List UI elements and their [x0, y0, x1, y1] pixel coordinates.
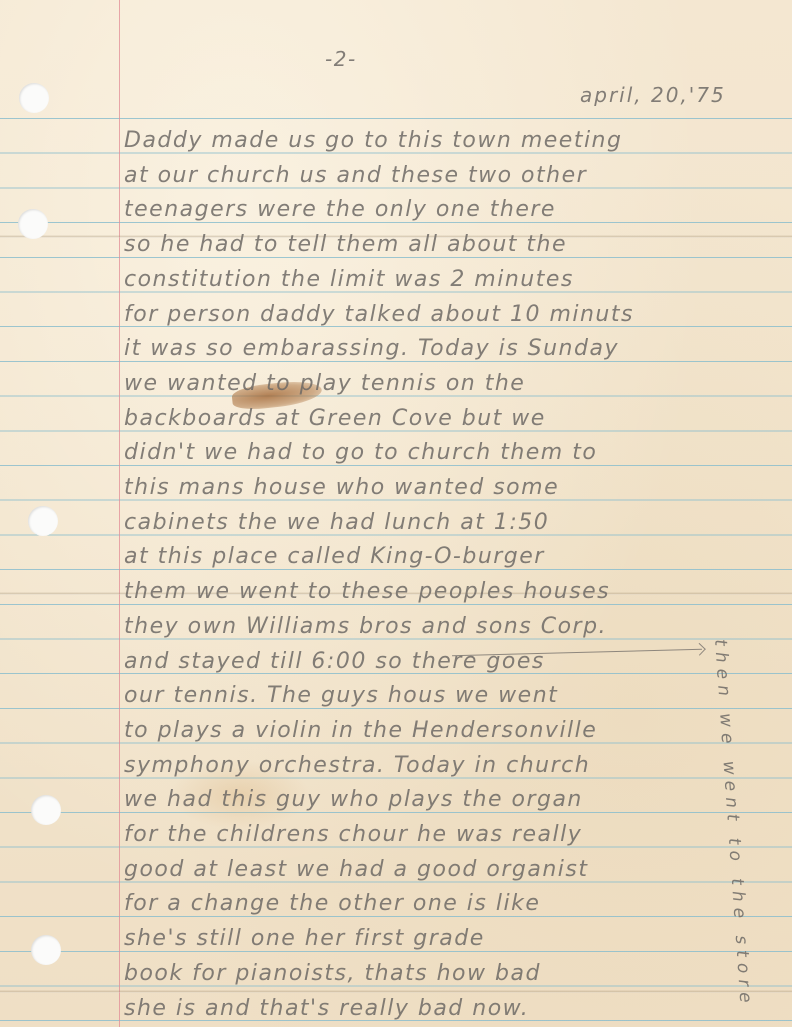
text-line: to plays a violin in the Hendersonville	[124, 718, 597, 743]
page-number: -2-	[325, 47, 357, 71]
text-line: didn't we had to go to church them to	[124, 440, 597, 465]
punch-hole	[31, 935, 61, 965]
text-line: book for pianoists, thats how bad	[124, 961, 541, 986]
text-line: teenagers were the only one there	[124, 197, 556, 222]
punch-hole	[31, 795, 61, 825]
punch-hole	[19, 83, 49, 113]
text-line: them we went to these peoples houses	[124, 579, 610, 604]
text-line: and stayed till 6:00 so there goes	[124, 649, 545, 674]
text-line: good at least we had a good organist	[124, 857, 588, 882]
text-line: they own Williams bros and sons Corp.	[124, 614, 607, 639]
text-line: at this place called King-O-burger	[124, 544, 545, 569]
text-line: backboards at Green Cove but we	[124, 406, 546, 431]
text-line: for person daddy talked about 10 minuts	[124, 302, 634, 327]
text-line: Daddy made us go to this town meeting	[124, 128, 622, 153]
text-line: this mans house who wanted some	[124, 475, 559, 500]
text-line: constitution the limit was 2 minutes	[124, 267, 574, 292]
text-line: she is and that's really bad now.	[124, 996, 529, 1021]
text-line: she's still one her first grade	[124, 926, 485, 951]
text-line: at our church us and these two other	[124, 163, 587, 188]
entry-date: april, 20,'75	[580, 83, 726, 107]
text-line: so he had to tell them all about the	[124, 232, 567, 257]
text-line: cabinets the we had lunch at 1:50	[124, 510, 549, 535]
text-line: symphony orchestra. Today in church	[124, 753, 590, 778]
punch-hole	[18, 209, 48, 239]
paper-fold	[0, 990, 792, 993]
text-line: for the childrens chour he was really	[124, 822, 582, 847]
text-line: for a change the other one is like	[124, 891, 540, 916]
text-line: we wanted to play tennis on the	[124, 371, 525, 396]
margin-line	[119, 0, 120, 1027]
text-line: our tennis. The guys hous we went	[124, 683, 558, 708]
text-line: it was so embarassing. Today is Sunday	[124, 336, 619, 361]
text-line: we had this guy who plays the organ	[124, 787, 583, 812]
punch-hole	[28, 506, 58, 536]
